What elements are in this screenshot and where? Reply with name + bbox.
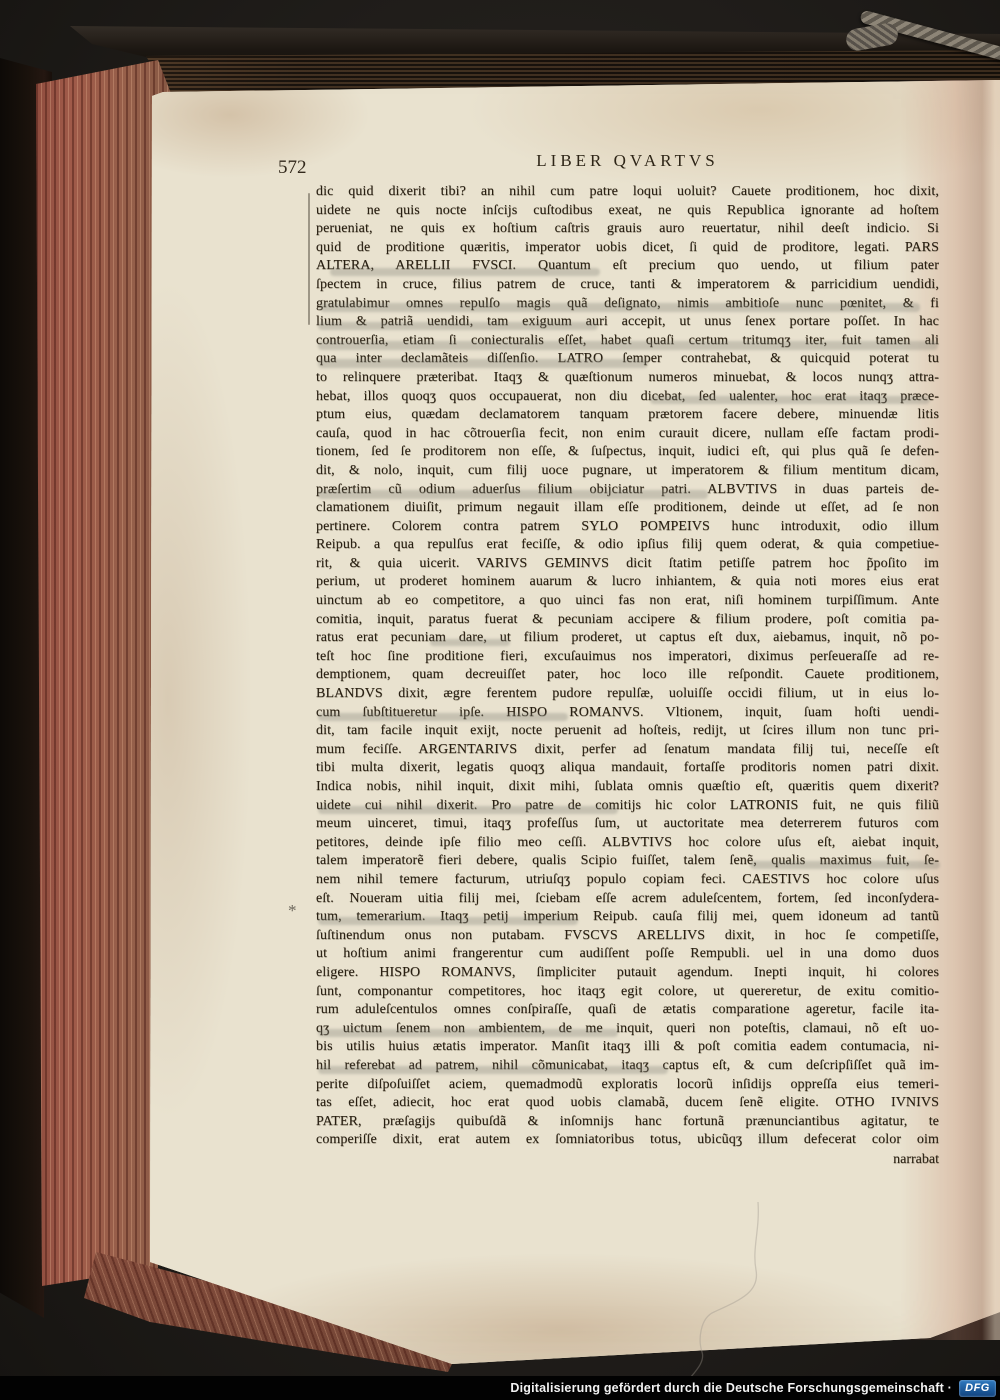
- text-line: qua inter declamãteis diſſenſio. LATRO ſ…: [316, 350, 939, 369]
- catchword: narrabat: [316, 1150, 939, 1169]
- text-line: rum aduleſcentulos omnes conſpiraſſe, qu…: [316, 1001, 939, 1020]
- text-line: gratulabimur omnes repulſo magis quã deſ…: [316, 295, 939, 314]
- text-line: præſertim cũ odium aduerſus filium obijc…: [316, 481, 939, 500]
- text-line: ut hoſtium animi frangerentur cum audiſſ…: [316, 945, 939, 964]
- text-line: bis utilis huius ætatis imperator. Manſi…: [316, 1038, 939, 1057]
- text-line: nem nihil temere facturum, utriuſqʒ popu…: [316, 871, 939, 890]
- text-line: meum uinceret, timui, itaqʒ profeſſus ſu…: [316, 815, 939, 834]
- scanned-book-photo: 572 LIBER QVARTVS * dic quid dixerit tib…: [0, 0, 1000, 1400]
- text-line: perite diſpoſuiſſet aciem, quemadmodũ ex…: [316, 1076, 939, 1095]
- text-line: ALTERA, ARELLII FVSCI. Quantum eſt preci…: [316, 257, 939, 276]
- text-line: BLANDVS dixit, ægre ferentem pudore repu…: [316, 685, 939, 704]
- text-line: ſpectem in cruce, filius patrem de cruce…: [316, 276, 939, 295]
- margin-pen-line: [308, 193, 310, 325]
- text-line: pertinere. Colorem contra patrem SYLO PO…: [316, 518, 939, 537]
- text-line: uinctum ab eo competitore, a quo uinci f…: [316, 592, 939, 611]
- text-line: rit, & quia uicerit. VARIVS GEMINVS dici…: [316, 555, 939, 574]
- text-line: clamationem diuiſit, primum negauit illa…: [316, 499, 939, 518]
- text-line: petitores, deinde ipſe filio meo ceſſi. …: [316, 834, 939, 853]
- text-line: quid de proditione quæritis, imperator u…: [316, 239, 939, 258]
- text-line: tas eſſet, adiecit, hoc erat quod uobis …: [316, 1094, 939, 1113]
- text-line: controuerſia, etiam ſi coniecturalis eſſ…: [316, 332, 939, 351]
- text-line: uidete cui nihil dixerit. Pro patre de c…: [316, 797, 939, 816]
- text-line: lium & patriã uendidi, tam exiguum auri …: [316, 313, 939, 332]
- text-line: talem imperatorẽ fieri debere, qualis Sc…: [316, 852, 939, 871]
- text-line: tionem, ſed ſe proditorem non eſſe, & ſu…: [316, 443, 939, 462]
- text-lines: dic quid dixerit tibi? an nihil cum patr…: [316, 183, 939, 1150]
- running-title: LIBER QVARTVS: [316, 151, 939, 171]
- text-line: tibi multa dixerit, legatis quoqʒ aliqua…: [316, 759, 939, 778]
- margin-asterisk: *: [288, 901, 297, 921]
- text-line: eligere. HISPO ROMANVS, ſimpliciter puta…: [316, 964, 939, 983]
- text-line: cum ſubſtitueretur ipſe. HISPO ROMANVS. …: [316, 704, 939, 723]
- text-line: hebat, illos quoqʒ quos occupauerat, non…: [316, 388, 939, 407]
- text-line: to relinquere præteribat. Itaqʒ & quæſti…: [316, 369, 939, 388]
- text-line: perueniat, ne quis ex hoſtium caſtris gr…: [316, 220, 939, 239]
- text-line: ſunt, componantur competitores, hoc itaq…: [316, 983, 939, 1002]
- text-line: comperiſſe dixit, erat autem ex ſomniato…: [316, 1131, 939, 1150]
- text-line: demptionem, quam decreuiſſet pater, hoc …: [316, 666, 939, 685]
- text-line: Reipub. a qua repulſus erat feciſſe, & o…: [316, 536, 939, 555]
- text-line: cauſa, quod in hac cõtrouerſia fecit, no…: [316, 425, 939, 444]
- text-line: teſt hoc ſine proditione fieri, excuſaui…: [316, 648, 939, 667]
- text-line: ptum eius, quædam declamatorem tanquam p…: [316, 406, 939, 425]
- text-block: * dic quid dixerit tibi? an nihil cum pa…: [316, 183, 939, 1169]
- text-line: dit, & nolo, inquit, cum filij uoce pugn…: [316, 462, 939, 481]
- text-line: qʒ uictum ſenem non ambientem, de me inq…: [316, 1020, 939, 1039]
- digitization-caption-bar: Digitalisierung gefördert durch die Deut…: [0, 1376, 1000, 1400]
- text-line: ratus erat pecuniam dare, ut filium prod…: [316, 629, 939, 648]
- text-line: perium, ut proderet hominem auarum & luc…: [316, 573, 939, 592]
- text-line: uidete ne quis nocte inſcijs cuſtodibus …: [316, 202, 939, 221]
- text-line: hil referebat ad patrem, nihil cõmunicab…: [316, 1057, 939, 1076]
- page-number: 572: [278, 157, 307, 179]
- text-line: comitia, inquit, paratus fuerat & pecuni…: [316, 611, 939, 630]
- text-line: tum, temerarium. Itaqʒ petij imperium Re…: [316, 908, 939, 927]
- digitization-caption: Digitalisierung gefördert durch die Deut…: [510, 1381, 952, 1395]
- dfg-logo: DFG: [959, 1380, 996, 1397]
- text-line: Indica nobis, nihil inquit, dixit mihi, …: [316, 778, 939, 797]
- text-line: PATER, præſagijs quibuſdã & inſomnijs ha…: [316, 1113, 939, 1132]
- text-line: dic quid dixerit tibi? an nihil cum patr…: [316, 183, 939, 202]
- text-line: dit, tam facile inquit exijt, nocte peru…: [316, 722, 939, 741]
- text-line: ſuſtinendum onus non putabam. FVSCVS ARE…: [316, 927, 939, 946]
- text-line: eſt. Noueram uitia filij mei, ſciebam eſ…: [316, 890, 939, 909]
- text-line: mum feciſſe. ARGENTARIVS dixit, perfer a…: [316, 741, 939, 760]
